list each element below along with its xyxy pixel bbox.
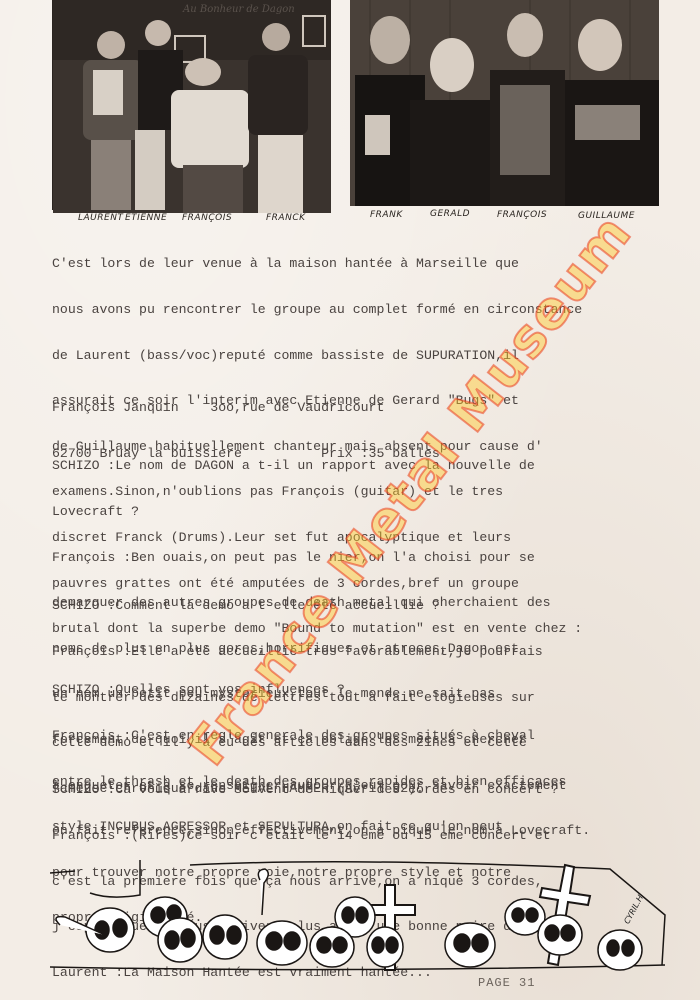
answer-line: François :(Rires)Ce soir c'etait le 14 e… xyxy=(52,828,682,843)
skull-icon xyxy=(203,915,247,959)
photo-caption-guillaume: GUILLAUME xyxy=(578,211,635,221)
band-photo-right-image xyxy=(350,0,659,206)
skull-icon xyxy=(598,930,642,970)
bone-icon xyxy=(258,869,268,915)
text-line: C'est lors de leur venue à la maison han… xyxy=(52,256,682,271)
skull-icon xyxy=(367,927,403,967)
question-line: SCHIZO :Quelles sont vos influences ? xyxy=(52,682,682,697)
photo-sign-text: Au Bonheur de Dagon xyxy=(182,4,295,15)
band-photo-left: Au Bonheur de Dagon xyxy=(53,0,331,213)
photo-caption-frank: FRANK xyxy=(370,210,403,220)
skull-icon xyxy=(257,921,307,965)
photo-caption-francois-2: FRANÇOIS xyxy=(497,210,547,220)
photo-caption-gerald: GERALD xyxy=(430,209,470,219)
photo-caption-etienne: ETIENNE xyxy=(125,213,167,223)
text-line: nous avons pu rencontrer le groupe au co… xyxy=(52,302,682,317)
page-number: PAGE 31 xyxy=(478,976,535,990)
text-line: de Laurent (bass/voc)reputé comme bassis… xyxy=(52,348,682,363)
question-line: SCHIZO :Comment la demo a t-elle été acc… xyxy=(52,598,682,613)
photo-caption-franck: FRANCK xyxy=(266,213,306,223)
skull-icon xyxy=(445,923,495,967)
text-line: François Janquin 3oo,rue de Vaudricourt xyxy=(52,400,682,415)
photo-caption-francois: FRANÇOIS xyxy=(182,213,232,223)
answer-line: François :Ben ouais,on peut pas le nier,… xyxy=(52,550,682,565)
skull-icon xyxy=(538,915,582,955)
graveyard-illustration xyxy=(50,855,670,975)
skull-icon xyxy=(310,927,354,967)
skull-icon xyxy=(158,918,202,962)
band-photo-right xyxy=(350,0,659,206)
answer-line: François :C'est en regle generale des gr… xyxy=(52,728,682,743)
photo-caption-laurent: LAURENT xyxy=(78,213,123,223)
band-photo-left-image: Au Bonheur de Dagon xyxy=(53,0,331,213)
question-line: SCHIZO :Ca vous arrive souvent de niquer… xyxy=(52,782,682,797)
question-line: Lovecraft ? xyxy=(52,504,682,519)
question-line: SCHIZO :Le nom de DAGON a t-il un rappor… xyxy=(52,458,682,473)
